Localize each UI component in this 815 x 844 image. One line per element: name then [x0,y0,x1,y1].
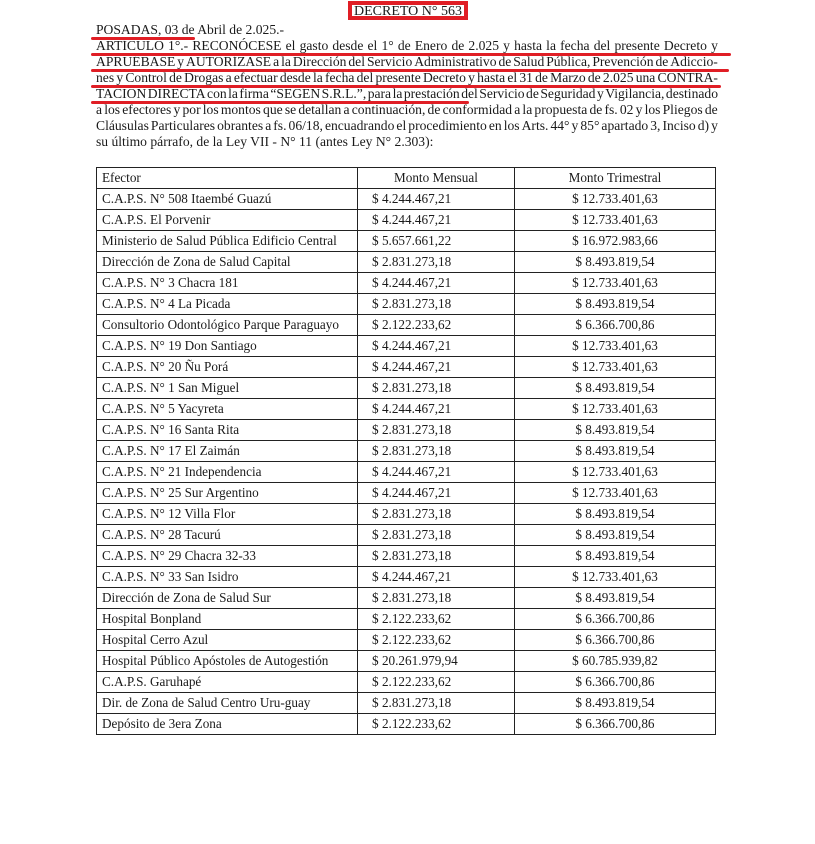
table-row: Hospital Cerro Azul$ 2.122.233,62$ 6.366… [97,630,716,651]
highlight-underline [91,85,721,88]
monto-mensual-cell: $ 2.122.233,62 [358,609,515,630]
efector-cell: C.A.P.S. El Porvenir [97,210,358,231]
table-row: C.A.P.S. N° 5 Yacyreta$ 4.244.467,21$ 12… [97,399,716,420]
efector-cell: C.A.P.S. N° 25 Sur Argentino [97,483,358,504]
table-row: C.A.P.S. Garuhapé$ 2.122.233,62$ 6.366.7… [97,672,716,693]
monto-mensual-cell: $ 4.244.467,21 [358,399,515,420]
monto-mensual-cell: $ 2.831.273,18 [358,693,515,714]
monto-mensual-cell: $ 2.831.273,18 [358,294,515,315]
highlight-underline [91,101,469,104]
monto-trimestral-cell: $ 8.493.819,54 [514,252,715,273]
place-date: POSADAS, 03 de Abril de 2.025.- [96,22,718,38]
monto-trimestral-cell: $ 8.493.819,54 [514,588,715,609]
monto-trimestral-cell: $ 12.733.401,63 [514,483,715,504]
efector-cell: Consultorio Odontológico Parque Paraguay… [97,315,358,336]
table-row: C.A.P.S. N° 1 San Miguel$ 2.831.273,18$ … [97,378,716,399]
efector-cell: C.A.P.S. Garuhapé [97,672,358,693]
table-row: C.A.P.S. N° 12 Villa Flor$ 2.831.273,18$… [97,504,716,525]
table-row: C.A.P.S. N° 33 San Isidro$ 4.244.467,21$… [97,567,716,588]
highlight-underline [91,53,731,56]
monto-trimestral-cell: $ 8.493.819,54 [514,294,715,315]
monto-mensual-cell: $ 20.261.979,94 [358,651,515,672]
table-header-row: EfectorMonto MensualMonto Trimestral [97,168,716,189]
monto-mensual-cell: $ 2.831.273,18 [358,546,515,567]
table-row: C.A.P.S. N° 21 Independencia$ 4.244.467,… [97,462,716,483]
table-row: C.A.P.S. N° 29 Chacra 32-33$ 2.831.273,1… [97,546,716,567]
table-row: C.A.P.S. N° 16 Santa Rita$ 2.831.273,18$… [97,420,716,441]
efector-cell: C.A.P.S. N° 16 Santa Rita [97,420,358,441]
table-row: C.A.P.S. El Porvenir$ 4.244.467,21$ 12.7… [97,210,716,231]
efector-cell: C.A.P.S. N° 28 Tacurú [97,525,358,546]
efector-cell: C.A.P.S. N° 12 Villa Flor [97,504,358,525]
monto-trimestral-cell: $ 16.972.983,66 [514,231,715,252]
monto-mensual-cell: $ 4.244.467,21 [358,273,515,294]
table-row: Consultorio Odontológico Parque Paraguay… [97,315,716,336]
table-row: Dirección de Zona de Salud Sur$ 2.831.27… [97,588,716,609]
article-line: CláusulasParticularesobrantesafs.06/18,e… [96,118,718,134]
efector-cell: Hospital Bonpland [97,609,358,630]
monto-trimestral-cell: $ 60.785.939,82 [514,651,715,672]
table-row: C.A.P.S. N° 25 Sur Argentino$ 4.244.467,… [97,483,716,504]
efector-cell: C.A.P.S. N° 3 Chacra 181 [97,273,358,294]
table-row: Hospital Público Apóstoles de Autogestió… [97,651,716,672]
monto-trimestral-cell: $ 12.733.401,63 [514,210,715,231]
table-row: Depósito de 3era Zona$ 2.122.233,62$ 6.3… [97,714,716,735]
monto-trimestral-cell: $ 12.733.401,63 [514,357,715,378]
efector-cell: Hospital Cerro Azul [97,630,358,651]
monto-mensual-cell: $ 2.831.273,18 [358,252,515,273]
monto-mensual-cell: $ 2.122.233,62 [358,630,515,651]
monto-mensual-cell: $ 4.244.467,21 [358,462,515,483]
table-row: Hospital Bonpland$ 2.122.233,62$ 6.366.7… [97,609,716,630]
monto-mensual-cell: $ 2.831.273,18 [358,420,515,441]
efector-cell: Depósito de 3era Zona [97,714,358,735]
monto-trimestral-cell: $ 8.493.819,54 [514,441,715,462]
monto-trimestral-cell: $ 8.493.819,54 [514,546,715,567]
article-line: alosefectoresyporlosmontosquesedetallana… [96,102,718,118]
monto-mensual-cell: $ 4.244.467,21 [358,567,515,588]
monto-trimestral-cell: $ 8.493.819,54 [514,504,715,525]
table-row: Dir. de Zona de Salud Centro Uru-guay$ 2… [97,693,716,714]
efector-cell: C.A.P.S. N° 21 Independencia [97,462,358,483]
efector-cell: C.A.P.S. N° 17 El Zaimán [97,441,358,462]
monto-trimestral-cell: $ 8.493.819,54 [514,525,715,546]
article-line: APRUÉBASEyAUTORÍZASEalaDireccióndelServi… [96,54,718,70]
efector-cell: Dirección de Zona de Salud Capital [97,252,358,273]
monto-trimestral-cell: $ 12.733.401,63 [514,567,715,588]
highlight-underline [91,69,729,72]
table-row: C.A.P.S. N° 17 El Zaimán$ 2.831.273,18$ … [97,441,716,462]
table-row: C.A.P.S. N° 508 Itaembé Guazú$ 4.244.467… [97,189,716,210]
efector-cell: C.A.P.S. N° 1 San Miguel [97,378,358,399]
article-line: su último párrafo, de la Ley VII - N° 11… [96,134,718,150]
efector-cell: C.A.P.S. N° 20 Ñu Porá [97,357,358,378]
table-row: C.A.P.S. N° 4 La Picada$ 2.831.273,18$ 8… [97,294,716,315]
monto-mensual-cell: $ 2.831.273,18 [358,504,515,525]
monto-mensual-cell: $ 2.831.273,18 [358,525,515,546]
monto-mensual-cell: $ 4.244.467,21 [358,336,515,357]
efector-cell: C.A.P.S. N° 33 San Isidro [97,567,358,588]
monto-trimestral-cell: $ 6.366.700,86 [514,672,715,693]
monto-mensual-cell: $ 4.244.467,21 [358,189,515,210]
monto-mensual-cell: $ 5.657.661,22 [358,231,515,252]
efector-cell: C.A.P.S. N° 29 Chacra 32-33 [97,546,358,567]
monto-trimestral-cell: $ 12.733.401,63 [514,189,715,210]
monto-mensual-cell: $ 4.244.467,21 [358,483,515,504]
monto-mensual-cell: $ 4.244.467,21 [358,357,515,378]
table-row: C.A.P.S. N° 3 Chacra 181$ 4.244.467,21$ … [97,273,716,294]
monto-trimestral-cell: $ 8.493.819,54 [514,420,715,441]
table-row: C.A.P.S. N° 19 Don Santiago$ 4.244.467,2… [97,336,716,357]
efector-cell: Ministerio de Salud Pública Edificio Cen… [97,231,358,252]
monto-mensual-cell: $ 2.122.233,62 [358,714,515,735]
monto-mensual-cell: $ 2.831.273,18 [358,441,515,462]
table-row: C.A.P.S. N° 20 Ñu Porá$ 4.244.467,21$ 12… [97,357,716,378]
monto-trimestral-cell: $ 6.366.700,86 [514,315,715,336]
article-line: TACIÓNDIRECTAconlafirma“SEGENS.R.L.”,par… [96,86,718,102]
monto-mensual-cell: $ 2.831.273,18 [358,378,515,399]
efector-cell: C.A.P.S. N° 4 La Picada [97,294,358,315]
table-row: C.A.P.S. N° 28 Tacurú$ 2.831.273,18$ 8.4… [97,525,716,546]
monto-trimestral-cell: $ 12.733.401,63 [514,399,715,420]
column-header: Monto Mensual [358,168,515,189]
monto-trimestral-cell: $ 8.493.819,54 [514,693,715,714]
highlight-underline [91,37,195,40]
monto-trimestral-cell: $ 6.366.700,86 [514,630,715,651]
article-line: ARTÍCULO1°.-RECONÓCESEelgastodesdeel1°de… [96,38,718,54]
monto-trimestral-cell: $ 12.733.401,63 [514,462,715,483]
efector-cell: Dir. de Zona de Salud Centro Uru-guay [97,693,358,714]
monto-mensual-cell: $ 2.122.233,62 [358,315,515,336]
efector-cell: C.A.P.S. N° 5 Yacyreta [97,399,358,420]
article-line: nesyControldeDrogasaefectuardesdelafecha… [96,70,718,86]
monto-trimestral-cell: $ 8.493.819,54 [514,378,715,399]
monto-mensual-cell: $ 2.122.233,62 [358,672,515,693]
montos-table: EfectorMonto MensualMonto TrimestralC.A.… [96,167,716,735]
efector-cell: Hospital Público Apóstoles de Autogestió… [97,651,358,672]
decree-title: DECRETO N° 563 [348,1,468,20]
efector-cell: C.A.P.S. N° 508 Itaembé Guazú [97,189,358,210]
column-header: Monto Trimestral [514,168,715,189]
table-row: Ministerio de Salud Pública Edificio Cen… [97,231,716,252]
monto-trimestral-cell: $ 6.366.700,86 [514,609,715,630]
efector-cell: C.A.P.S. N° 19 Don Santiago [97,336,358,357]
table-row: Dirección de Zona de Salud Capital$ 2.83… [97,252,716,273]
monto-mensual-cell: $ 2.831.273,18 [358,588,515,609]
column-header: Efector [97,168,358,189]
monto-trimestral-cell: $ 6.366.700,86 [514,714,715,735]
efector-cell: Dirección de Zona de Salud Sur [97,588,358,609]
monto-trimestral-cell: $ 12.733.401,63 [514,336,715,357]
monto-mensual-cell: $ 4.244.467,21 [358,210,515,231]
monto-trimestral-cell: $ 12.733.401,63 [514,273,715,294]
